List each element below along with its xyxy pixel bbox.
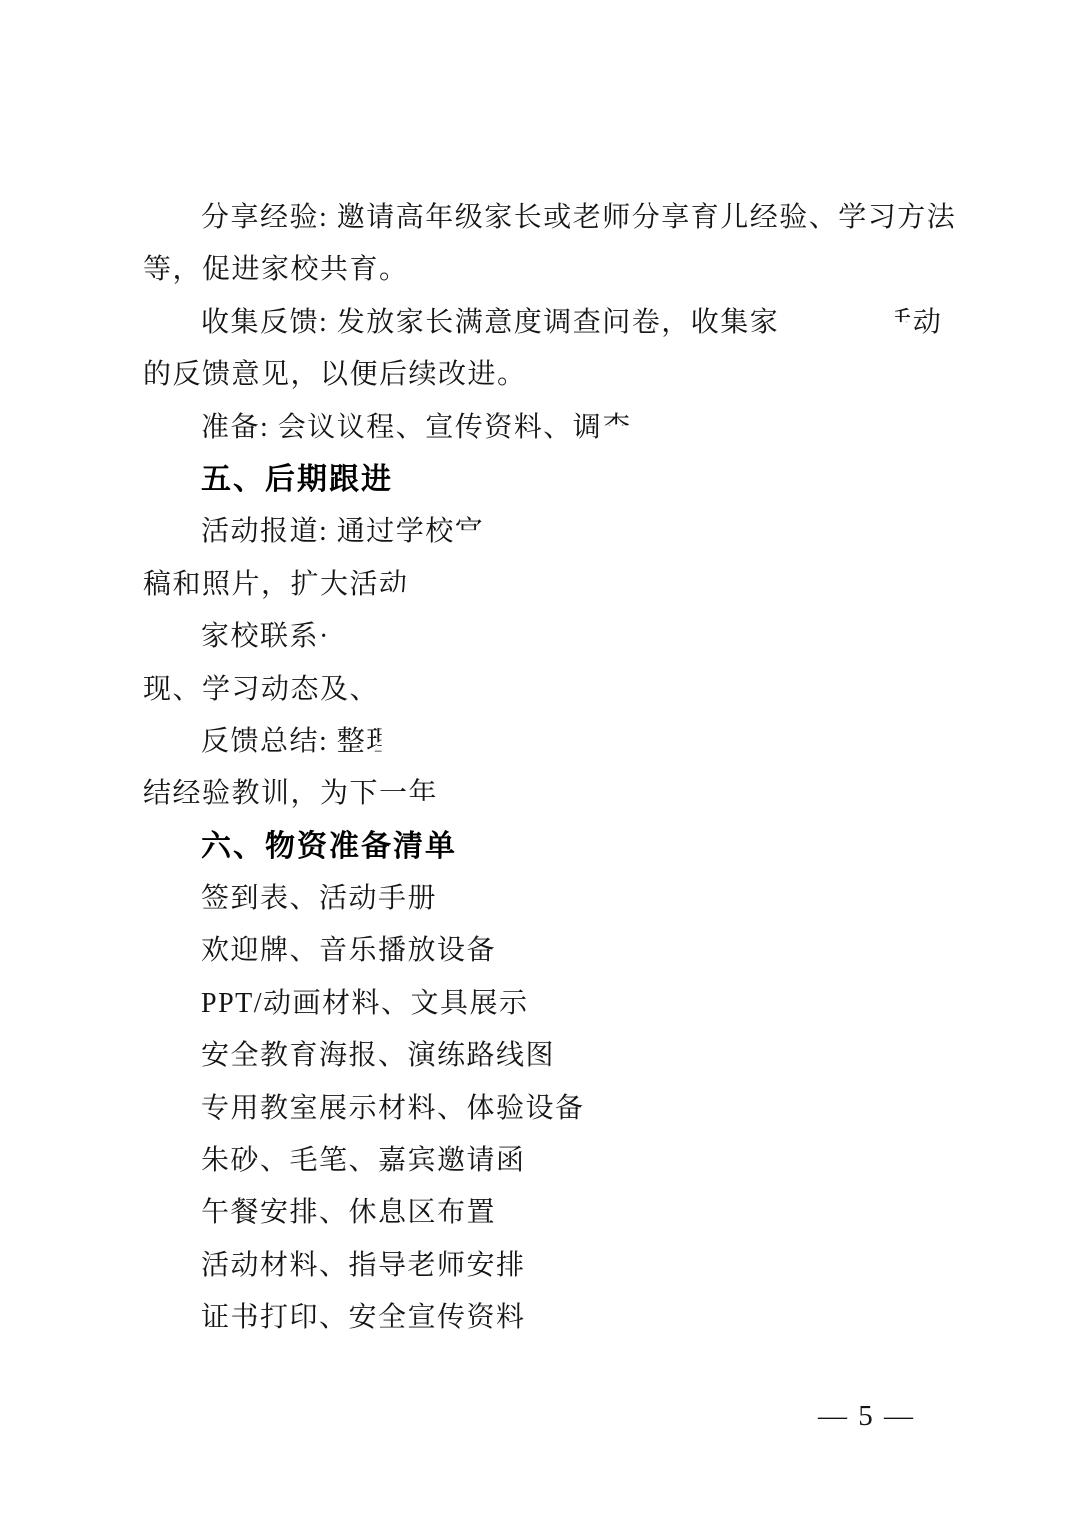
collect-feedback-line-2: 的反馈意见，以便后续改进。	[143, 349, 1003, 401]
line-text: 签到表、活动手册	[201, 883, 437, 914]
line-text: 活动报道: 通过学校	[201, 516, 455, 547]
page-number: — 5 —	[818, 1400, 915, 1433]
feedback-summary-line-2: 结经验教训，为下一年	[143, 768, 1003, 820]
line-text: 现、学习动态及	[143, 674, 350, 705]
material-item-cinnabar-brush: 朱砂、毛笔、嘉宾邀请函	[143, 1135, 1003, 1187]
line-text: 欢迎牌、音乐播放设备	[201, 935, 496, 966]
partial-glyph: 年	[409, 771, 439, 811]
partial-glyph: 查	[602, 405, 632, 445]
line-text: 朱砂、毛笔、嘉宾邀请函	[201, 1145, 526, 1176]
line-text: 准备: 会议议程、宣传资料、调	[201, 412, 602, 443]
line-text: 结经验教训，为下一	[143, 778, 409, 809]
share-experience-line-2: 等，促进家校共育。	[143, 244, 1003, 296]
partial-glyph: 活	[883, 300, 913, 340]
line-text: 安全教育海报、演练路线图	[201, 1040, 555, 1071]
activity-report-line-1: 活动报道: 通过学校官	[143, 506, 1003, 558]
material-item-lunch-rest-area: 午餐安排、休息区布置	[143, 1187, 1003, 1239]
material-item-safety-posters: 安全教育海报、演练路线图	[143, 1030, 1003, 1082]
heading-text: 六、物资准备清单	[201, 830, 457, 863]
activity-report-line-2: 稿和照片，扩大活动	[143, 559, 1003, 611]
home-school-contact-line-2: 现、学习动态及、	[143, 664, 1003, 716]
material-item-signin-sheet: 签到表、活动手册	[143, 873, 1003, 925]
line-text: PPT/动画材料、文具展示	[201, 988, 529, 1019]
text-block: 分享经验: 邀请高年级家长或老师分享育儿经验、学习方法 等，促进家校共育。 收集…	[143, 192, 1003, 1345]
line-text: 家校联系·	[201, 621, 330, 652]
heading-text: 五、后期跟进	[201, 463, 393, 496]
feedback-summary-line-1: 反馈总结: 整理	[143, 716, 1003, 768]
collect-feedback-line-1: 收集反馈: 发放家长满意度调查问卷，收集家活动	[143, 297, 1003, 349]
line-text: 活动材料、指导老师安排	[201, 1250, 526, 1281]
line-text: 证书打印、安全宣传资料	[201, 1302, 526, 1333]
line-text: 反馈总结: 整	[201, 726, 366, 757]
line-text: 稿和照片，扩大活	[143, 569, 379, 600]
material-item-welcome-board: 欢迎牌、音乐播放设备	[143, 925, 1003, 977]
line-text: 分享经验: 邀请高年级家长或老师分享育儿经验、学习方法	[201, 202, 956, 233]
section-heading-materials-list: 六、物资准备清单	[143, 821, 1003, 873]
material-item-classroom-equipment: 专用教室展示材料、体验设备	[143, 1083, 1003, 1135]
line-text: 午餐安排、休息区布置	[201, 1197, 496, 1228]
partial-glyph: 理	[366, 719, 396, 759]
preparation-line: 准备: 会议议程、宣传资料、调查	[143, 402, 1003, 454]
material-item-ppt-materials: PPT/动画材料、文具展示	[143, 978, 1003, 1030]
share-experience-line-1: 分享经验: 邀请高年级家长或老师分享育儿经验、学习方法	[143, 192, 1003, 244]
section-heading-follow-up: 五、后期跟进	[143, 454, 1003, 506]
line-text: 等，促进家校共育。	[143, 254, 409, 285]
line-text: 专用教室展示材料、体验设备	[201, 1093, 585, 1124]
material-item-certificates: 证书打印、安全宣传资料	[143, 1292, 1003, 1344]
page-number-text: — 5 —	[818, 1400, 915, 1432]
line-text: 收集反馈: 发放家长满意度调查问卷，收集家	[201, 307, 779, 338]
partial-glyph: 官	[455, 509, 485, 549]
material-item-activity-materials: 活动材料、指导老师安排	[143, 1240, 1003, 1292]
line-text: 的反馈意见，以便后续改进。	[143, 359, 527, 390]
home-school-contact-line-1: 家校联系·	[143, 611, 1003, 663]
line-text: 动	[913, 307, 943, 338]
partial-glyph: 动	[379, 562, 409, 602]
scanned-document-page: 分享经验: 邀请高年级家长或老师分享育儿经验、学习方法 等，促进家校共育。 收集…	[0, 0, 1080, 1527]
partial-glyph: 、	[350, 667, 380, 707]
